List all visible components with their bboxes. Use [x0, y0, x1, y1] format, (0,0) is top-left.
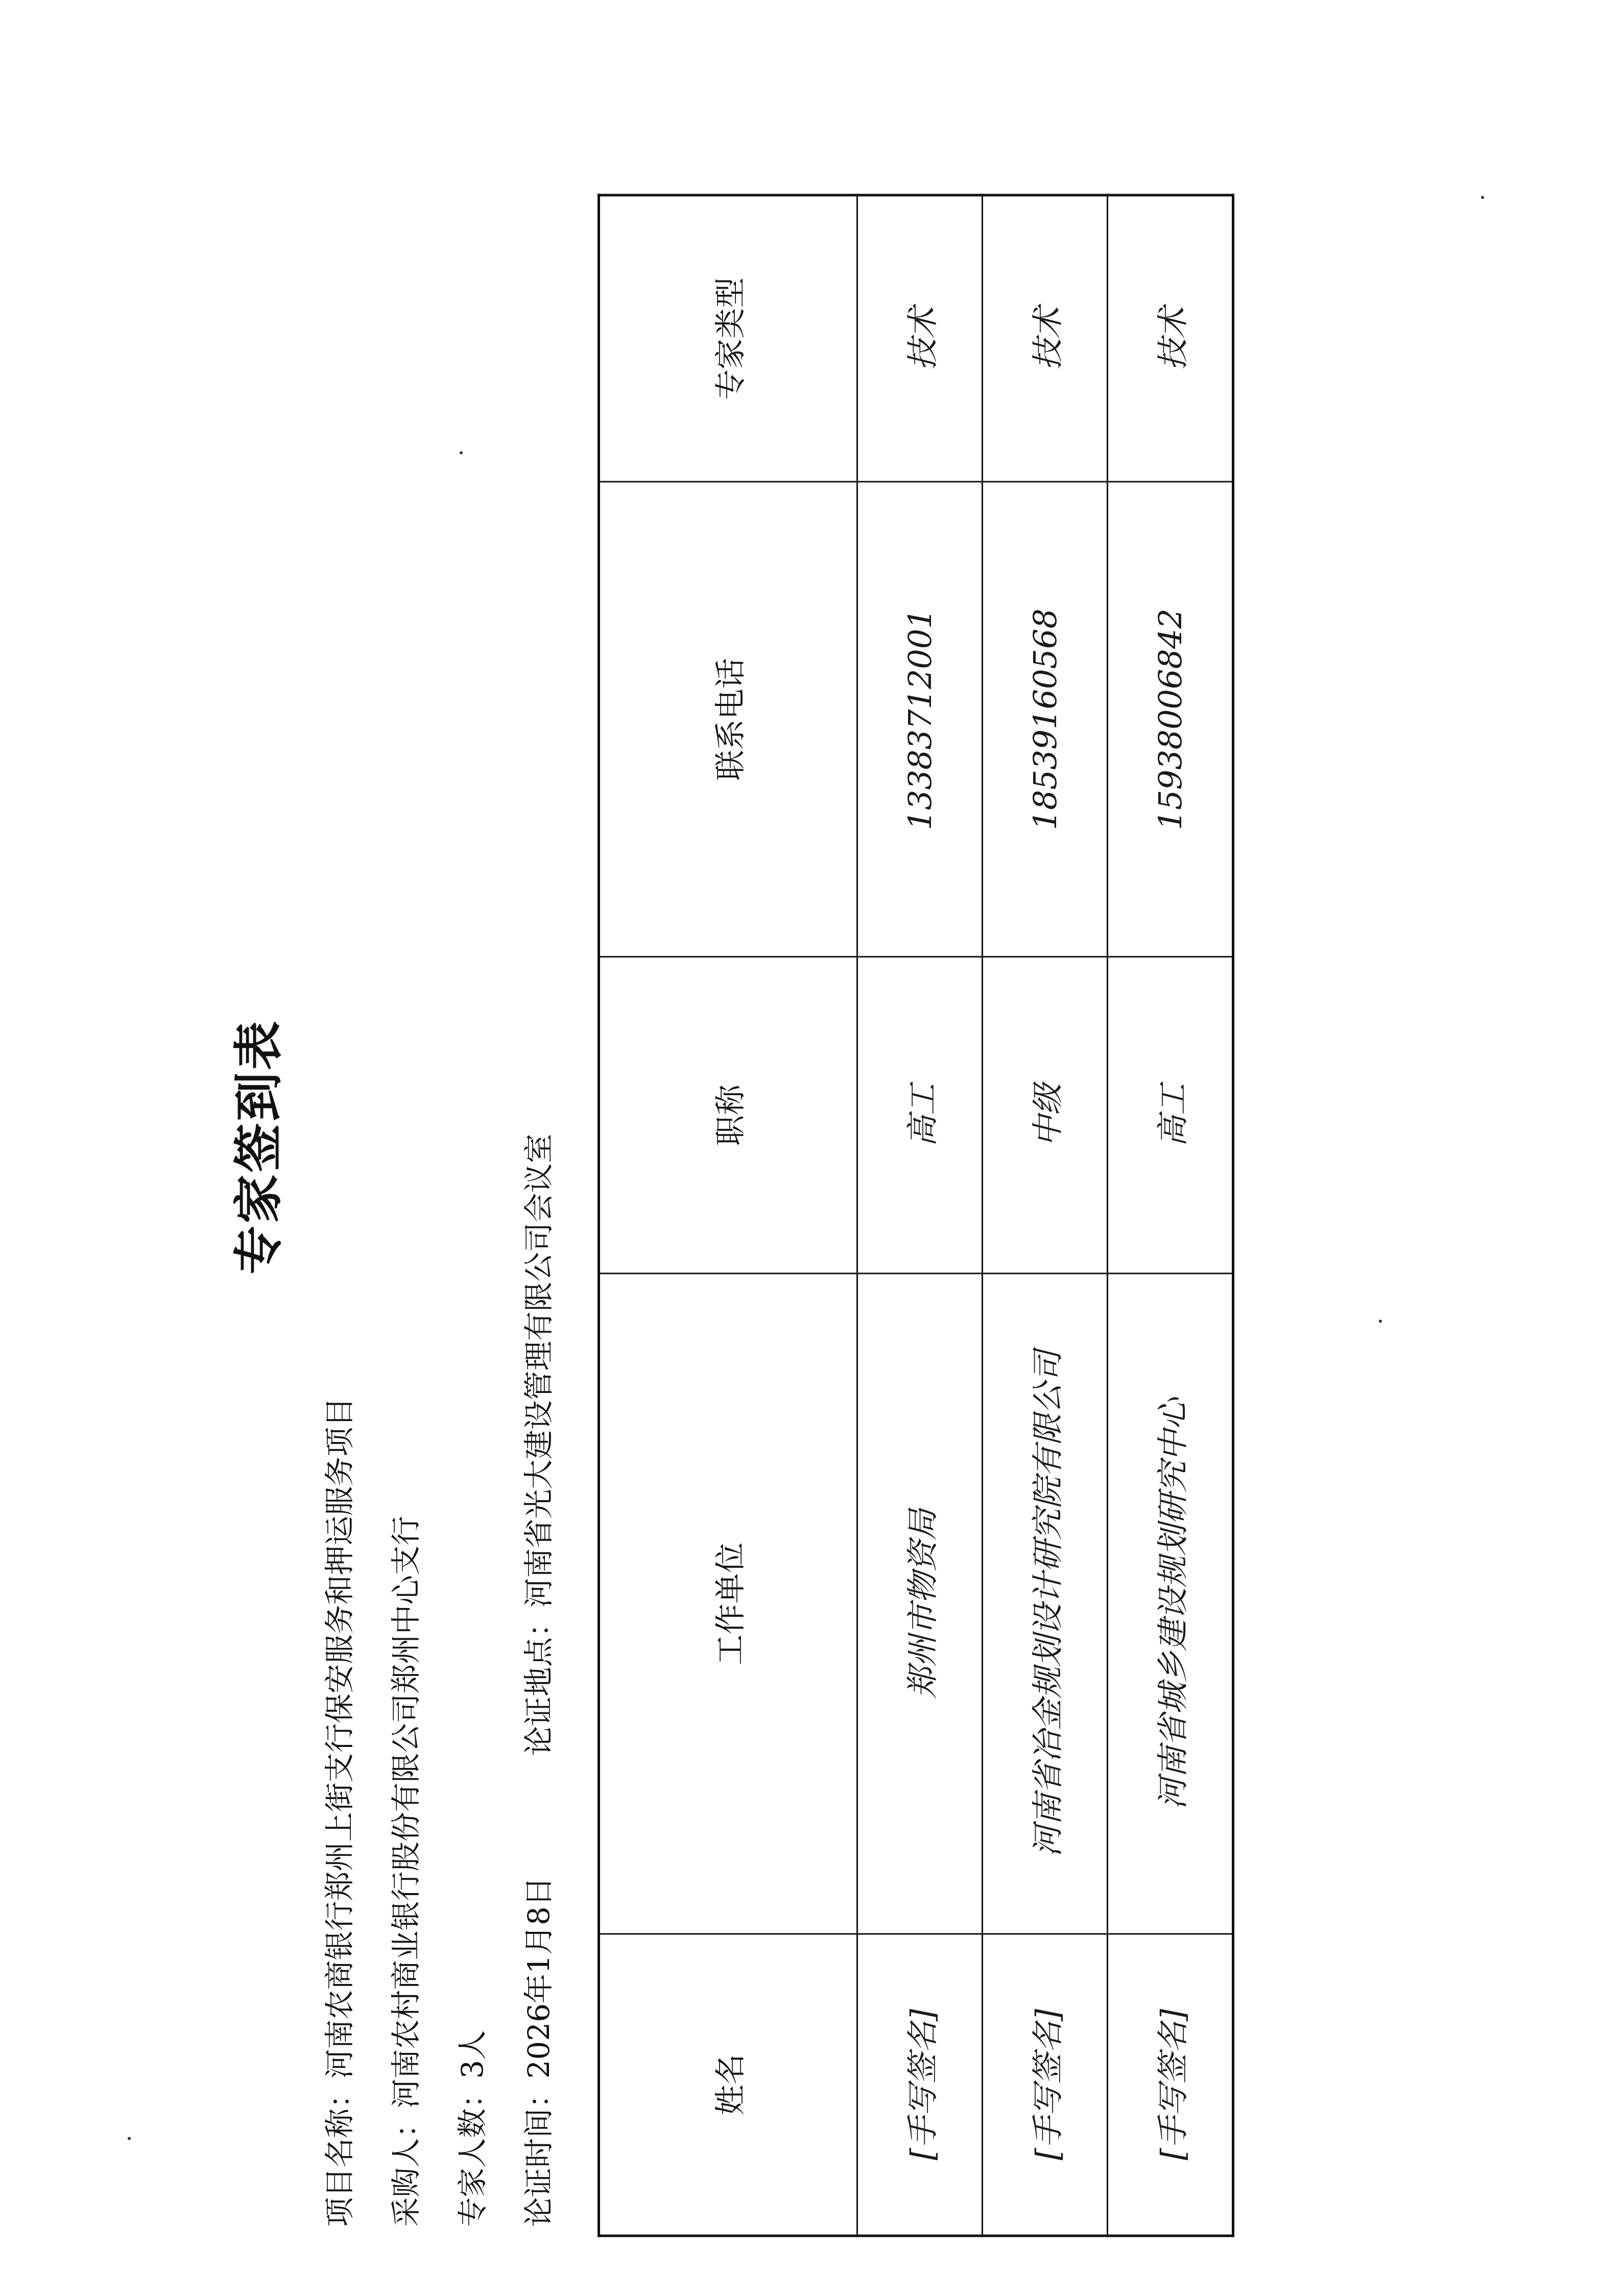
cell-organization: 河南省冶金规划设计研究院有限公司 [983, 1273, 1108, 1933]
expert-count-row: 专家人数：3人 [439, 1133, 506, 2227]
cell-name-signature: [手写签名] [983, 1933, 1108, 2235]
cell-expert-type: 技术 [857, 195, 983, 482]
cell-phone: 15938006842 [1108, 482, 1233, 957]
header-expert-type: 专家类型 [599, 195, 857, 482]
purchaser-row: 采购人：河南农村商业银行股份有限公司郑州中心支行 [373, 1133, 439, 2227]
location: 河南省光大建设管理有限公司会议室 [521, 1133, 556, 1608]
expert-sign-in-table: 姓名 工作单位 职称 联系电话 专家类型 [手写签名] 郑州市物资局 高工 13… [598, 194, 1234, 2237]
date-label: 论证时间： [521, 2078, 556, 2227]
cell-title: 高工 [1108, 957, 1233, 1273]
cell-title: 高工 [857, 957, 983, 1273]
sign-in-sheet-page: 专家签到表 项目名称：河南农商银行郑州上街支行保安服务和押运服务项目 采购人：河… [0, 0, 1624, 2293]
document-title: 专家签到表 [220, 0, 290, 2293]
project-name-label: 项目名称： [322, 2078, 357, 2227]
cell-name-signature: [手写签名] [1108, 1933, 1233, 2235]
cell-organization: 郑州市物资局 [857, 1273, 983, 1933]
header-title: 职称 [599, 957, 857, 1273]
cell-organization: 河南省城乡建设规划研究中心 [1108, 1273, 1233, 1933]
scan-speck [128, 2137, 131, 2140]
cell-phone: 18539160568 [983, 482, 1108, 957]
scan-speck [460, 451, 463, 454]
table-row: [手写签名] 河南省城乡建设规划研究中心 高工 15938006842 技术 [1108, 195, 1233, 2236]
project-name: 河南农商银行郑州上街支行保安服务和押运服务项目 [322, 1397, 357, 2078]
project-name-row: 项目名称：河南农商银行郑州上街支行保安服务和押运服务项目 [306, 1133, 373, 2227]
scan-speck [1481, 196, 1484, 199]
expert-count-label: 专家人数： [455, 2078, 490, 2227]
table-row: [手写签名] 河南省冶金规划设计研究院有限公司 中级 18539160568 技… [983, 195, 1108, 2236]
location-label: 论证地点： [521, 1608, 556, 1756]
expert-count: 3人 [455, 2030, 490, 2078]
cell-title: 中级 [983, 957, 1108, 1273]
header-name: 姓名 [599, 1933, 857, 2235]
cell-expert-type: 技术 [983, 195, 1108, 482]
header-phone: 联系电话 [599, 482, 857, 957]
cell-expert-type: 技术 [1108, 195, 1233, 482]
cell-phone: 13383712001 [857, 482, 983, 957]
table-row: [手写签名] 郑州市物资局 高工 13383712001 技术 [857, 195, 983, 2236]
purchaser: 河南农村商业银行股份有限公司郑州中心支行 [389, 1516, 423, 2108]
table-header-row: 姓名 工作单位 职称 联系电话 专家类型 [599, 195, 857, 2236]
date-location-row: 论证时间：2026年1月8日 论证地点：河南省光大建设管理有限公司会议室 [506, 1133, 572, 2227]
purchaser-label: 采购人： [389, 2108, 423, 2227]
date: 2026年1月8日 [521, 1877, 556, 2078]
scan-speck [1379, 1319, 1382, 1322]
header-organization: 工作单位 [599, 1273, 857, 1933]
project-meta: 项目名称：河南农商银行郑州上街支行保安服务和押运服务项目 采购人：河南农村商业银… [306, 1133, 572, 2227]
cell-name-signature: [手写签名] [857, 1933, 983, 2235]
